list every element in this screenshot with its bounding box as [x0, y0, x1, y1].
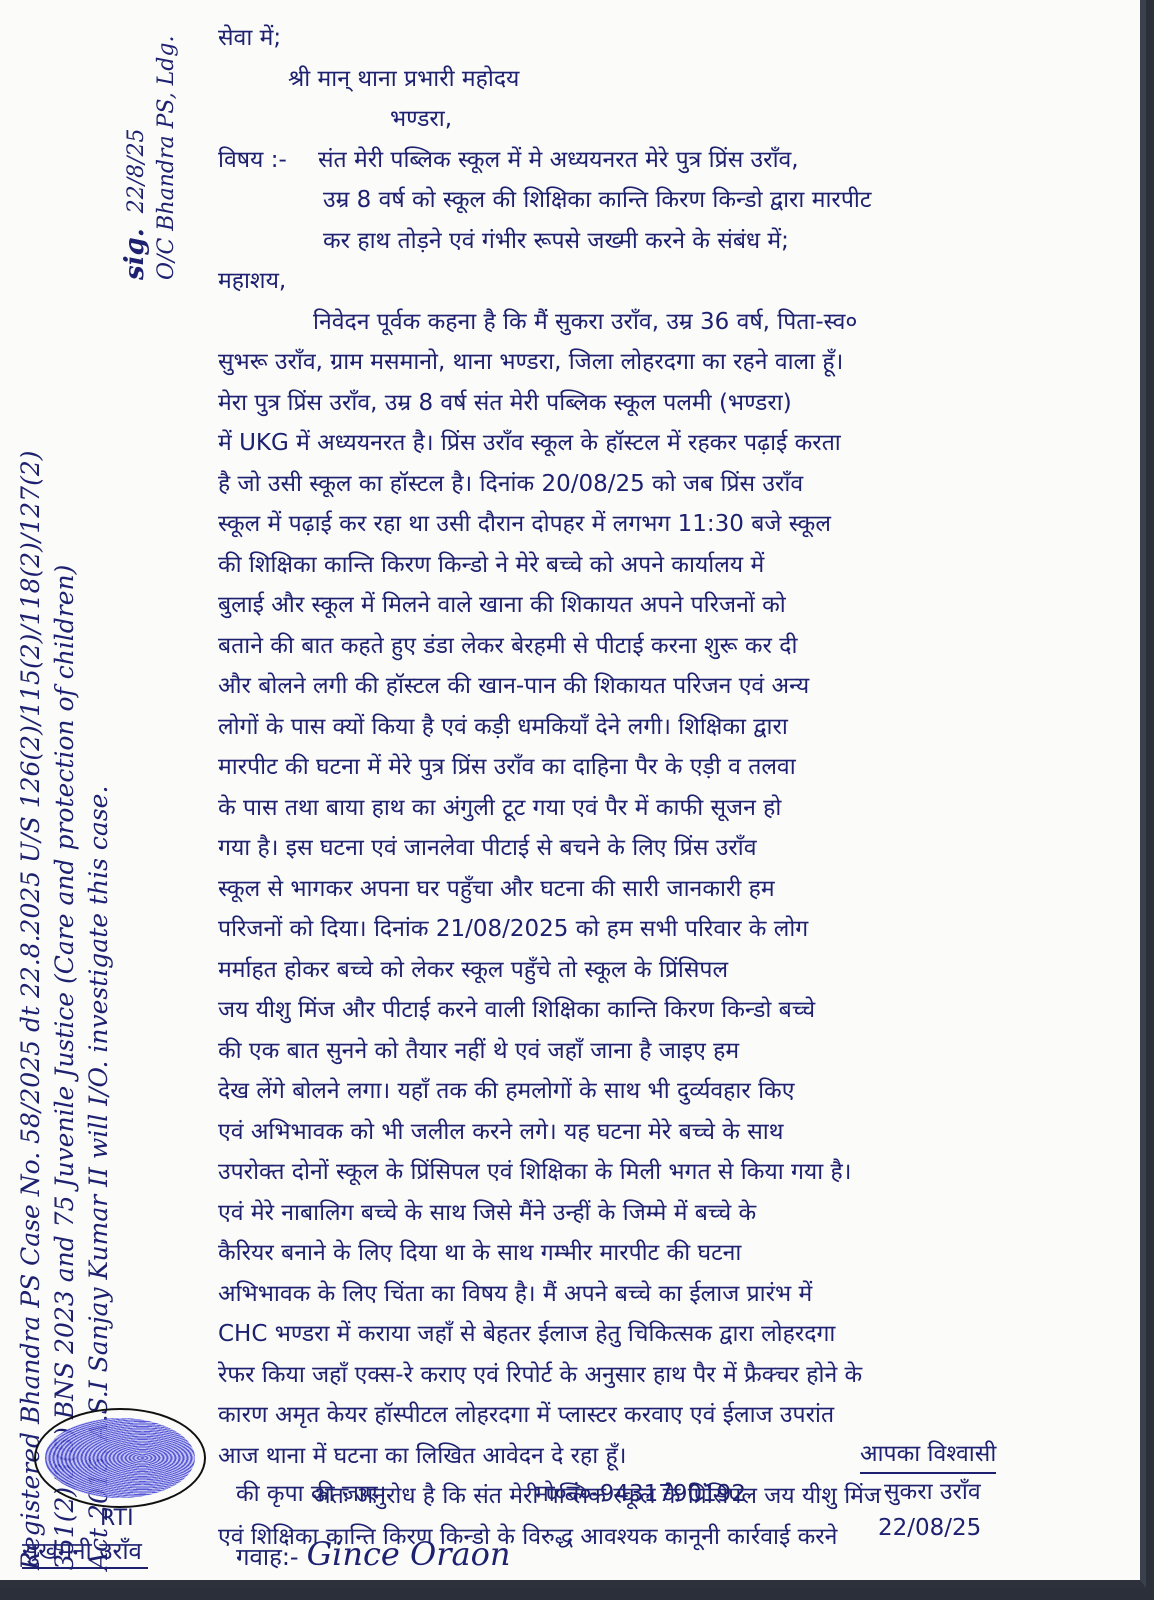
body-line: कैरियर बनाने के लिए दिया था के साथ गम्भी…: [218, 1233, 1123, 1274]
body-line: है जो उसी स्कूल का हॉस्टल है। दिनांक 20/…: [218, 464, 1123, 505]
letter-date: 22/08/25: [860, 1510, 996, 1546]
thumbprint-icon: [45, 1418, 195, 1498]
body-line: स्कूल से भागकर अपना घर पहुँचा और घटना की…: [218, 869, 1123, 910]
body-line: के पास तथा बाया हाथ का अंगुली टूट गया एव…: [218, 788, 1123, 829]
body-line: में UKG में अध्ययनरत है। प्रिंस उराँव स्…: [218, 423, 1123, 464]
request-line-3: की कृपा की जाए।: [236, 1476, 386, 1508]
body-line: अभिभावक के लिए चिंता का विषय है। मैं अपन…: [218, 1274, 1123, 1315]
body-line: और बोलने लगी की हॉस्टल की खान-पान की शिक…: [218, 666, 1123, 707]
body-line: कारण अमृत केयर हॉस्पीटल लोहरदगा में प्ला…: [218, 1395, 1123, 1436]
body-line: की शिक्षिका कान्ति किरण किन्डो ने मेरे ब…: [218, 545, 1123, 586]
body-line: एवं मेरे नाबालिग बच्चे के साथ जिसे मैंने…: [218, 1193, 1123, 1234]
thumbprint-name: सुखमनी उराँव: [22, 1534, 148, 1569]
body-line: उपरोक्त दोनों स्कूल के प्रिंसिपल एवं शिक…: [218, 1152, 1123, 1193]
thumbprint-outline: [34, 1408, 206, 1508]
officer-endorsement: sig. 22/8/25 O/C Bhandra PS, Ldg.: [120, 36, 182, 280]
witness-label: गवाह:-: [236, 1543, 299, 1571]
sender-name: सुकरा उराँव: [860, 1474, 996, 1510]
body-line: देख लेंगे बोलने लगा। यहाँ तक की हमलोगों …: [218, 1071, 1123, 1112]
letter-body: सेवा में; श्री मान् थाना प्रभारी महोदय भ…: [218, 18, 1123, 1557]
body-line: की एक बात सुनने को तैयार नहीं थे एवं जहा…: [218, 1031, 1123, 1072]
subject-line-1: विषय :-संत मेरी पब्लिक स्कूल में मे अध्य…: [218, 140, 1123, 181]
case-registration-line-2: 351(2)/3(5) BNS 2023 and 75 Juvenile Jus…: [48, 451, 82, 1570]
officer-signature: sig.: [120, 228, 150, 280]
body-line: मारपीट की घटना में मेरे पुत्र प्रिंस उरा…: [218, 747, 1123, 788]
witness-block: गवाह:-Gince Oraon: [236, 1535, 510, 1573]
officer-endorsement-date: 22/8/25: [124, 128, 149, 213]
case-registration-line-1: Registered Bhandra PS Case No. 58/2025 d…: [14, 451, 48, 1570]
case-registration-line-3: Act 2015. A.S.I Sanjay Kumar II will I/O…: [82, 451, 116, 1570]
case-registration-note: Registered Bhandra PS Case No. 58/2025 d…: [14, 451, 116, 1570]
salutation: सेवा में;: [218, 18, 1123, 59]
subject-text-1: संत मेरी पब्लिक स्कूल में मे अध्ययनरत मे…: [318, 147, 799, 173]
body-line: एवं अभिभावक को भी जलील करने लगे। यह घटना…: [218, 1112, 1123, 1153]
sign-off-block: आपका विश्वासी सुकरा उराँव 22/08/25: [860, 1436, 996, 1546]
body-line: लोगों के पास क्यों किया है एवं कड़ी धमकि…: [218, 707, 1123, 748]
thumbprint-label: RTI: [100, 1506, 134, 1531]
body-line: सुभरू उराँव, ग्राम मसमानो, थाना भण्डरा, …: [218, 342, 1123, 383]
letter-page: Registered Bhandra PS Case No. 58/2025 d…: [0, 0, 1146, 1588]
body-line: बताने की बात कहते हुए डंडा लेकर बेरहमी स…: [218, 626, 1123, 667]
greeting: महाशय,: [218, 261, 1123, 302]
body-line: जय यीशु मिंज और पीटाई करने वाली शिक्षिका…: [218, 990, 1123, 1031]
body-line: स्कूल में पढ़ाई कर रहा था उसी दौरान दोपह…: [218, 504, 1123, 545]
body-line: मेरा पुत्र प्रिंस उराँव, उम्र 8 वर्ष संत…: [218, 383, 1123, 424]
body-line: रेफर किया जहाँ एक्स-रे कराए एवं रिपोर्ट …: [218, 1355, 1123, 1396]
recipient-line-2: भण्डरा,: [218, 99, 1123, 140]
officer-designation: O/C Bhandra PS, Ldg.: [154, 36, 179, 280]
closing-text: आपका विश्वासी: [860, 1436, 996, 1474]
subject-line-3: कर हाथ तोड़ने एवं गंभीर रूपसे जख्मी करने…: [218, 221, 1123, 262]
subject-line-2: उम्र 8 वर्ष को स्कूल की शिक्षिका कान्ति …: [218, 180, 1123, 221]
body-line: निवेदन पूर्वक कहना है कि मैं सुकरा उराँव…: [218, 302, 1123, 343]
witness-name: Gince Oraon: [307, 1535, 511, 1573]
body-line: परिजनों को दिया। दिनांक 21/08/2025 को हम…: [218, 909, 1123, 950]
body-line: गया है। इस घटना एवं जानलेवा पीटाई से बचन…: [218, 828, 1123, 869]
body-line: बुलाई और स्कूल में मिलने वाले खाना की शि…: [218, 585, 1123, 626]
body-line: मर्माहत होकर बच्चे को लेकर स्कूल पहुँचे …: [218, 950, 1123, 991]
mobile-number: मो०नं०-9431790192: [535, 1476, 746, 1508]
recipient-line-1: श्री मान् थाना प्रभारी महोदय: [218, 59, 1123, 100]
subject-label: विषय :-: [218, 140, 318, 181]
body-line: CHC भण्डरा में कराया जहाँ से बेहतर ईलाज …: [218, 1314, 1123, 1355]
